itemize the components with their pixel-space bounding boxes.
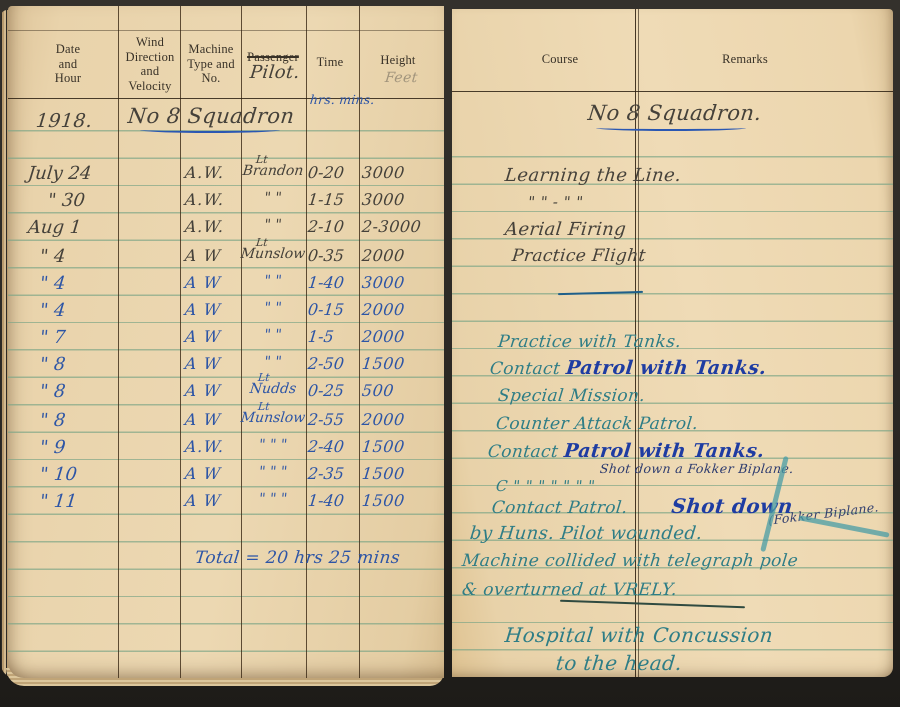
col-header-course: Course <box>520 52 600 67</box>
header-separator <box>452 91 893 92</box>
pilot-rank: Lt <box>257 371 270 384</box>
machine-cell: A.W. <box>184 190 225 209</box>
course-entry-part: Patrol with Tanks. <box>563 440 766 462</box>
pilot-cell: " " <box>239 190 307 206</box>
time-cell: 0-20 <box>307 163 361 182</box>
table-row: " 8 A W Munslow Lt 2-55 2000 <box>18 410 438 434</box>
height-cell: 1500 <box>361 354 439 373</box>
course-entry: by Huns. Pilot wounded. <box>469 523 704 544</box>
machine-cell: A W <box>184 327 222 346</box>
time-cell: 1-5 <box>307 327 361 346</box>
machine-cell: A W <box>184 491 222 510</box>
course-entry: Practice with Tanks. <box>497 332 682 352</box>
course-entry: & overturned at VRELY. <box>461 580 678 600</box>
course-entry-part: Patrol with Tanks. <box>565 357 768 379</box>
date-cell: " 30 <box>47 190 149 211</box>
pilot-rank: Lt <box>255 153 268 166</box>
machine-cell: A W <box>184 246 222 265</box>
date-cell: " 8 <box>39 354 141 375</box>
pilot-cell: Brandon <box>239 163 307 179</box>
date-cell: " 8 <box>39 410 141 431</box>
pilot-cell: " " " <box>239 464 307 480</box>
pilot-cell: " " <box>239 327 307 343</box>
time-cell: 2-40 <box>307 437 361 456</box>
squadron-title-left: No 8 Squadron <box>127 104 296 128</box>
date-cell: July 24 <box>27 163 129 184</box>
time-cell: 1-15 <box>307 190 361 209</box>
time-cell: 2-50 <box>307 354 361 373</box>
table-row: July 24 A.W. Brandon Lt 0-20 3000 <box>18 163 438 187</box>
table-row: " 8 A W " " 2-50 1500 <box>18 354 438 378</box>
height-cell: 500 <box>361 381 439 400</box>
col-header-remarks: Remarks <box>700 52 790 67</box>
header-top-line <box>8 30 444 31</box>
course-entry-part: Contact <box>487 442 565 462</box>
table-row: " 30 A.W. " " 1-15 3000 <box>18 190 438 214</box>
machine-cell: A W <box>184 410 222 429</box>
course-entry: to the head. <box>555 651 684 675</box>
time-cell: 1-40 <box>307 491 361 510</box>
table-row: " 7 A W " " 1-5 2000 <box>18 327 438 351</box>
pilot-cell: " " " <box>239 437 307 453</box>
time-cell: 0-35 <box>307 246 361 265</box>
height-cell: 2000 <box>361 327 439 346</box>
height-cell: 2000 <box>361 410 439 429</box>
height-cell: 3000 <box>361 190 439 209</box>
table-row: " 8 A W Nudds Lt 0-25 500 <box>18 381 438 405</box>
date-cell: " 4 <box>39 273 141 294</box>
pilot-cell: Munslow <box>239 410 307 426</box>
pilot-cell: Munslow <box>239 246 307 262</box>
time-cell: 2-10 <box>307 217 361 236</box>
time-cell: 0-25 <box>307 381 361 400</box>
total-hours: Total = 20 hrs 25 mins <box>194 548 401 568</box>
course-entry: Practice Flight <box>511 246 647 266</box>
date-cell: " 10 <box>39 464 141 485</box>
time-cell: 0-15 <box>307 300 361 319</box>
year-entry: 1918. <box>35 110 94 132</box>
header-separator <box>8 98 444 99</box>
course-entry: Learning the Line. <box>504 165 682 186</box>
course-entry: Hospital with Concussion <box>504 623 775 647</box>
height-cell: 2000 <box>361 246 439 265</box>
squadron-underline-left <box>140 127 280 133</box>
height-units-annotation: Feet <box>384 70 418 86</box>
time-cell: 1-40 <box>307 273 361 292</box>
pilot-cell: " " <box>239 300 307 316</box>
time-cell: 2-35 <box>307 464 361 483</box>
time-units-annotation: hrs. mins. <box>309 92 375 107</box>
pilot-cell: " " <box>239 217 307 233</box>
date-cell: " 4 <box>39 246 141 267</box>
course-entry: Machine collided with telegraph pole <box>461 551 799 571</box>
course-entry-part: Contact <box>489 359 567 379</box>
remarks-note: Shot down a Fokker Biplane. <box>599 461 794 476</box>
col-header-height: Height <box>362 53 434 68</box>
machine-cell: A W <box>184 273 222 292</box>
squadron-underline-right <box>596 125 746 131</box>
height-cell: 1500 <box>361 464 439 483</box>
table-row: " 4 A W " " 1-40 3000 <box>18 273 438 297</box>
logbook-photo: Date and Hour Wind Direction and Velocit… <box>0 0 900 707</box>
table-row: " 10 A W " " " 2-35 1500 <box>18 464 438 488</box>
machine-cell: A W <box>184 354 222 373</box>
course-ditto: C " " " " " " " <box>495 477 596 495</box>
height-cell: 2000 <box>361 300 439 319</box>
machine-cell: A W <box>184 464 222 483</box>
pilot-cell: " " <box>239 354 307 370</box>
machine-cell: A W <box>184 381 222 400</box>
table-row: " 4 A W Munslow Lt 0-35 2000 <box>18 246 438 270</box>
time-cell: 2-55 <box>307 410 361 429</box>
machine-cell: A W <box>184 300 222 319</box>
col-header-wind: Wind Direction and Velocity <box>120 35 180 93</box>
pilot-cell: " " <box>239 273 307 289</box>
col-header-time: Time <box>308 55 352 70</box>
date-cell: " 9 <box>39 437 141 458</box>
course-entry: Counter Attack Patrol. <box>495 414 699 434</box>
date-cell: " 7 <box>39 327 141 348</box>
course-entry-part: Contact Patrol. <box>491 498 629 518</box>
table-row: Aug 1 A.W. " " 2-10 2-3000 <box>18 217 438 241</box>
course-entry: Special Mission. <box>497 386 646 406</box>
pilot-overwrite: Pilot. <box>249 62 301 83</box>
pilot-cell: Nudds <box>239 381 307 397</box>
date-cell: " 8 <box>39 381 141 402</box>
height-cell: 3000 <box>361 273 439 292</box>
height-cell: 1500 <box>361 437 439 456</box>
table-row: " 4 A W " " 0-15 2000 <box>18 300 438 324</box>
table-row: " 11 A W " " " 1-40 1500 <box>18 491 438 515</box>
machine-cell: A.W. <box>184 437 225 456</box>
table-row: " 9 A.W. " " " 2-40 1500 <box>18 437 438 461</box>
date-cell: " 11 <box>39 491 141 512</box>
height-cell: 1500 <box>361 491 439 510</box>
machine-cell: A.W. <box>184 163 225 182</box>
date-cell: Aug 1 <box>27 217 129 238</box>
course-ditto: " " - " " <box>527 193 584 211</box>
height-cell: 3000 <box>361 163 439 182</box>
pilot-rank: Lt <box>255 236 268 249</box>
pilot-cell: " " " <box>239 491 307 507</box>
col-header-machine: Machine Type and No. <box>182 42 240 86</box>
squadron-title-right: No 8 Squadron. <box>587 101 763 125</box>
date-cell: " 4 <box>39 300 141 321</box>
col-header-date: Date and Hour <box>20 42 116 86</box>
pilot-rank: Lt <box>257 400 270 413</box>
height-cell: 2-3000 <box>361 217 439 236</box>
course-entry: Aerial Firing <box>504 219 627 240</box>
machine-cell: A.W. <box>184 217 225 236</box>
